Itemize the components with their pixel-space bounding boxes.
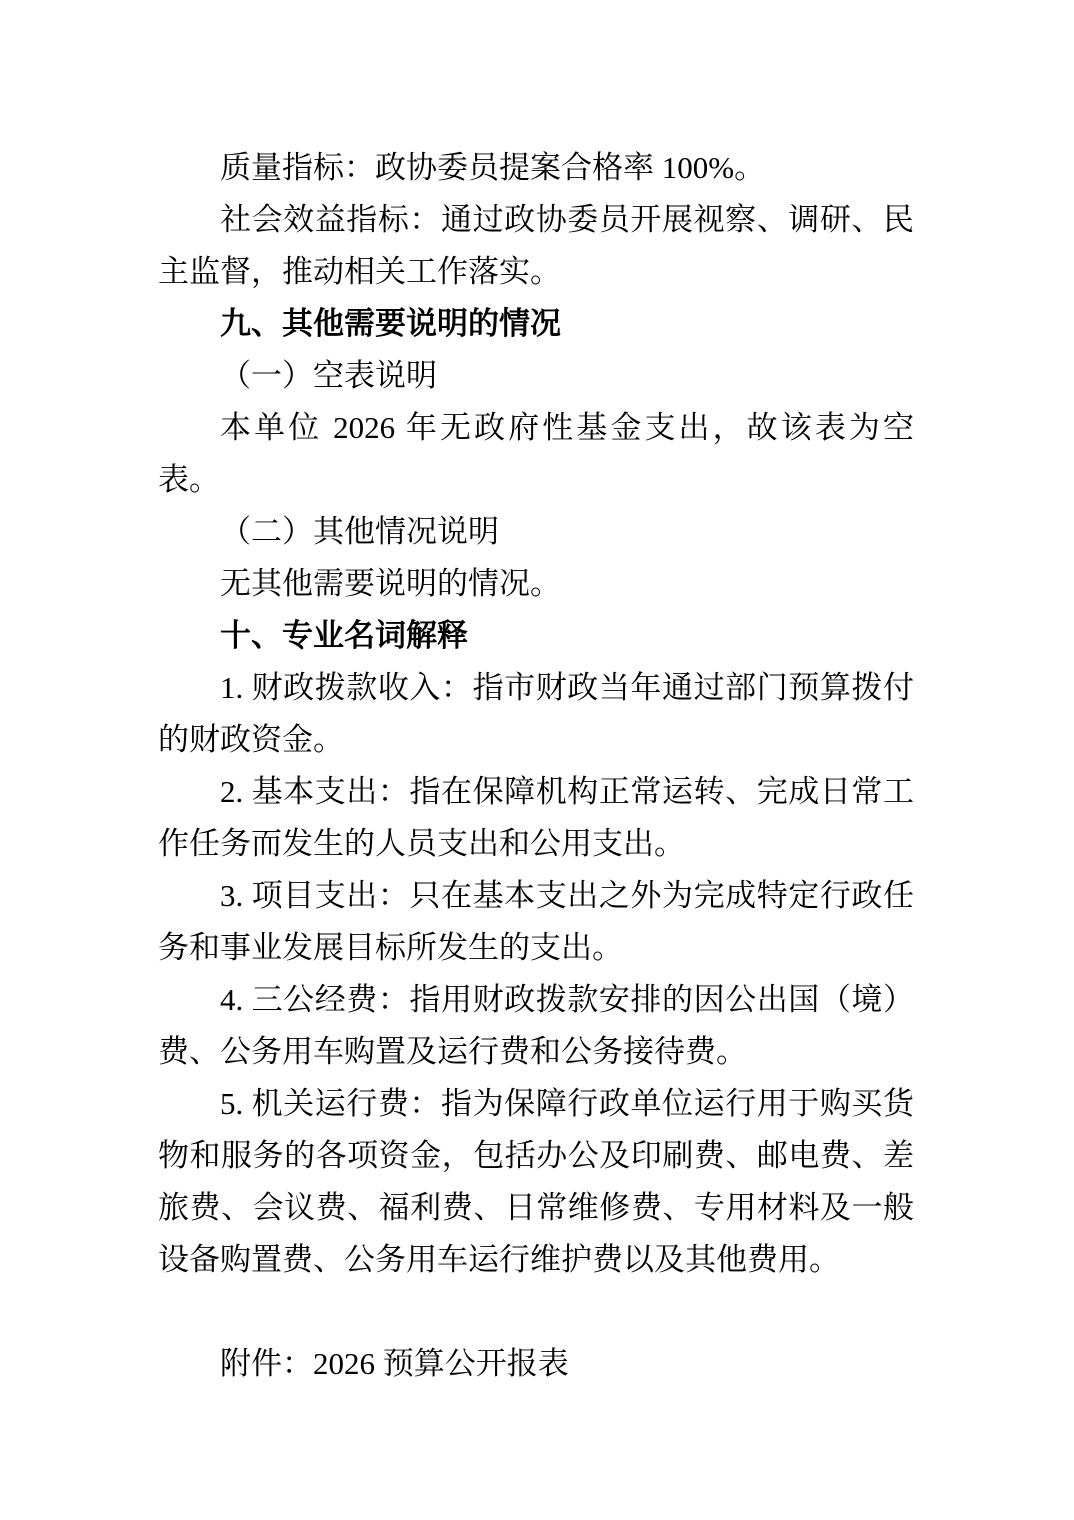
paragraph-term-2-basic-expenditure: 2. 基本支出：指在保障机构正常运转、完成日常工作任务而发生的人员支出和公用支出… (158, 766, 914, 870)
heading-section-ten-terminology: 十、专业名词解释 (158, 610, 914, 662)
paragraph-term-3-project-expenditure: 3. 项目支出：只在基本支出之外为完成特定行政任务和事业发展目标所发生的支出。 (158, 870, 914, 974)
blank-line (158, 1286, 914, 1338)
paragraph-empty-table-note-title: （一）空表说明 (158, 350, 914, 402)
paragraph-other-situation-title: （二）其他情况说明 (158, 506, 914, 558)
paragraph-empty-table-note: 本单位 2026 年无政府性基金支出，故该表为空表。 (158, 402, 914, 506)
paragraph-term-5-agency-operating-costs: 5. 机关运行费：指为保障行政单位运行用于购买货物和服务的各项资金，包括办公及印… (158, 1078, 914, 1286)
attachment-line: 附件：2026 预算公开报表 (158, 1338, 914, 1390)
paragraph-other-situation-note: 无其他需要说明的情况。 (158, 558, 914, 610)
document-page: 质量指标：政协委员提案合格率 100%。 社会效益指标：通过政协委员开展视察、调… (0, 0, 1074, 1520)
paragraph-term-1-fiscal-appropriation-income: 1. 财政拨款收入：指市财政当年通过部门预算拨付的财政资金。 (158, 662, 914, 766)
paragraph-term-4-three-public-funds: 4. 三公经费：指用财政拨款安排的因公出国（境）费、公务用车购置及运行费和公务接… (158, 974, 914, 1078)
paragraph-social-benefit-indicator: 社会效益指标：通过政协委员开展视察、调研、民主监督，推动相关工作落实。 (158, 194, 914, 298)
paragraph-quality-indicator: 质量指标：政协委员提案合格率 100%。 (158, 142, 914, 194)
heading-section-nine-other-notes: 九、其他需要说明的情况 (158, 298, 914, 350)
document-body: 质量指标：政协委员提案合格率 100%。 社会效益指标：通过政协委员开展视察、调… (158, 142, 914, 1390)
